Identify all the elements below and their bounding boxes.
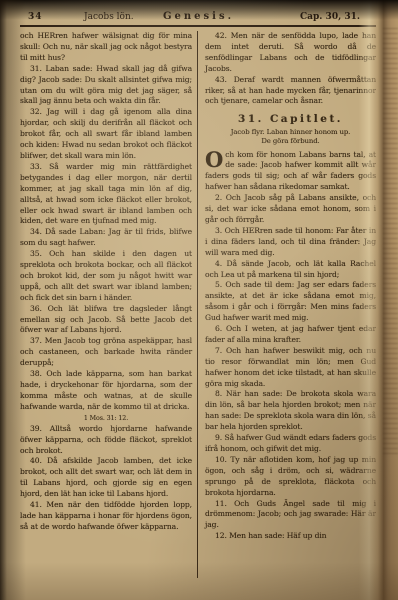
bible-verse-paragraph: 12. Men han sade: Häf up din — [205, 531, 376, 542]
bible-verse-paragraph: 5. Och sade til dem: Jag ser edars fader… — [205, 280, 376, 324]
cross-reference: 1 Mos. 31: 12. — [20, 414, 192, 423]
book-title: Genesis. — [163, 11, 234, 22]
next-page-ghost-text — [383, 28, 398, 458]
bible-verse-paragraph: 4. Då sände Jacob, och lät kalla Rachel … — [205, 259, 376, 281]
bible-verse-paragraph: 32. Jag will i dag gå igenom alla dina h… — [20, 107, 192, 162]
bible-verse-paragraph: 35. Och han skilde i den dagen ut sprekl… — [20, 249, 192, 304]
bible-verse-paragraph: 31. Laban sade: Hwad skall jag då gifwa … — [20, 64, 192, 108]
chapter-heading: 31. Capitlet. — [205, 113, 376, 125]
running-head-left: Jacobs lön. — [84, 12, 134, 22]
bible-verse-paragraph: 6. Och I weten, at jag hafwer tjent edar… — [205, 324, 376, 346]
bible-verse-paragraph: 8. När han sade: De brokota skola wara d… — [205, 389, 376, 433]
bible-verse-paragraph: 42. Men när de senfödda lupo, lade han d… — [205, 31, 376, 75]
left-text-column: och HERren hafwer wälsignat dig för mina… — [20, 31, 197, 578]
bible-verse-paragraph: 37. Men Jacob tog gröna aspekäppar, hasl… — [20, 336, 192, 369]
page-number: 34 — [28, 12, 43, 22]
chapter-reference: Cap. 30, 31. — [300, 12, 360, 22]
bible-verse-paragraph: 10. Ty när aflotiden kom, hof jag up min… — [205, 455, 376, 499]
drop-cap-initial: O — [205, 150, 225, 169]
bible-verse-paragraph: 33. Så warder mig min rättfärdighet bety… — [20, 162, 192, 227]
bible-verse-paragraph: 40. Då afskilde Jacob lamben, det icke b… — [20, 456, 192, 500]
right-text-column: 42. Men när de senfödda lupo, lade han d… — [197, 31, 376, 578]
bible-verse-paragraph: 11. Och Guds Ängel sade til mig i drömme… — [205, 499, 376, 532]
bible-verse-paragraph: 9. Så hafwer Gud wändt edars faders gods… — [205, 433, 376, 455]
bible-verse-paragraph: 41. Men när den tidfödde hjorden lopp, l… — [20, 500, 192, 533]
bible-verse-paragraph: Och kom för honom Labans barns tal, at d… — [205, 150, 376, 194]
bible-verse-paragraph: 36. Och lät blifwa tre dagsleder långt e… — [20, 304, 192, 337]
bible-verse-paragraph: 7. Och han hafwer beswikit mig, och nu t… — [205, 346, 376, 390]
bible-verse-paragraph: 43. Deraf wardt mannen öfwermåttan riker… — [205, 75, 376, 108]
bible-verse-paragraph: 38. Och lade käpparna, som han barkat ha… — [20, 369, 192, 413]
bible-verse-paragraph: 34. Då sade Laban: Jag är til frids, bli… — [20, 227, 192, 249]
bible-verse-paragraph: 3. Och HERren sade til honom: Far åter i… — [205, 226, 376, 259]
book-page-photo: 34 Jacobs lön. Genesis. Cap. 30, 31. och… — [0, 0, 398, 600]
text-columns: och HERren hafwer wälsignat dig för mina… — [20, 31, 376, 578]
chapter-summary: Jacob flyr. Laban hinner honom up. — [205, 128, 376, 137]
header-rule — [20, 25, 376, 27]
bible-verse-paragraph: 2. Och Jacob såg på Labans ansikte, och … — [205, 193, 376, 226]
chapter-summary: De göra förbund. — [205, 137, 376, 146]
bible-verse-paragraph: och HERren hafwer wälsignat dig för mina… — [20, 31, 192, 64]
bible-verse-paragraph: 39. Alltså wordo hjordarne hafwande öfwe… — [20, 424, 192, 457]
page-header: 34 Jacobs lön. Genesis. Cap. 30, 31. — [0, 11, 398, 24]
